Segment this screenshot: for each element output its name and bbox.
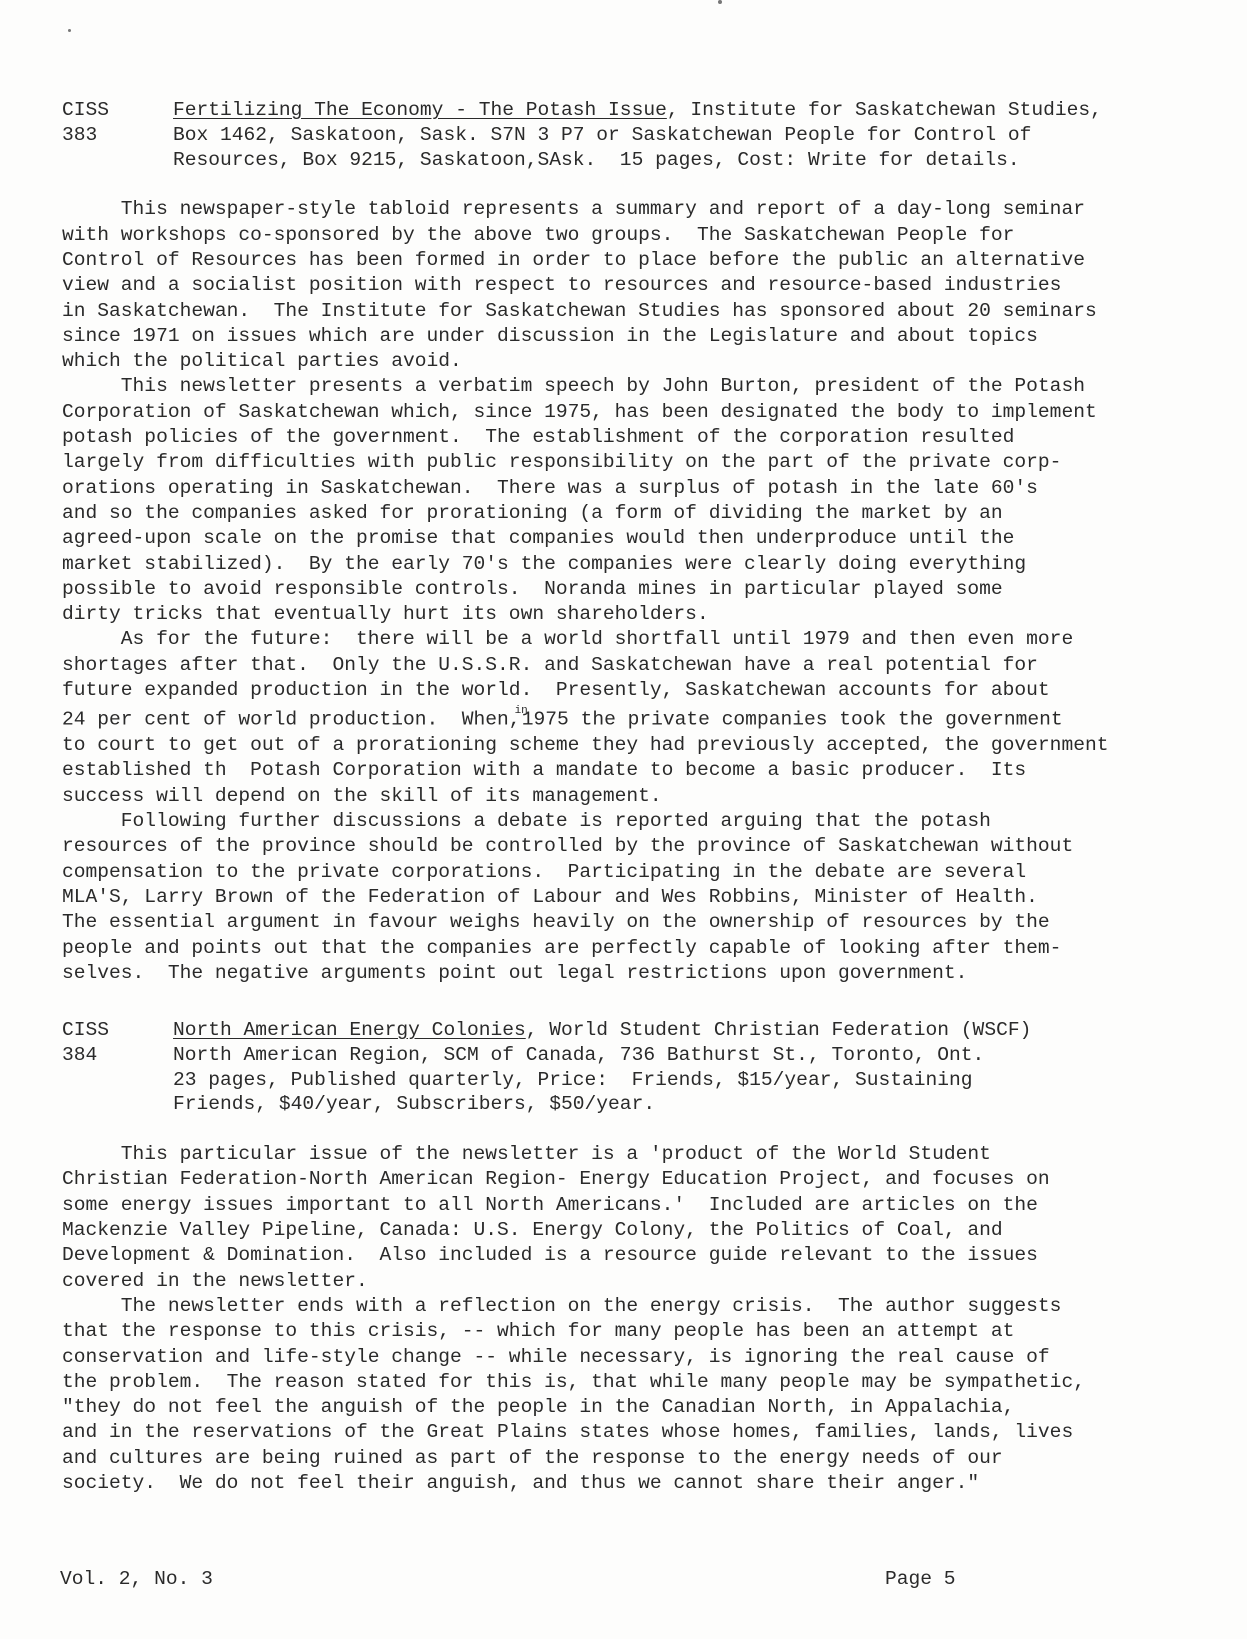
body-line: Christian Federation-North American Regi… xyxy=(62,1167,1182,1192)
body-line: selves. The negative arguments point out… xyxy=(62,961,1182,986)
ciss-label-block: CISS 383 xyxy=(62,98,162,148)
entry-ciss-384: CISS 384 North American Energy Colonies,… xyxy=(62,1018,1182,1496)
body-line: Following further discussions a debate i… xyxy=(62,809,1182,834)
body-line: the problem. The reason stated for this … xyxy=(62,1370,1182,1395)
citation-line-3: 23 pages, Published quarterly, Price: Fr… xyxy=(173,1068,1182,1093)
publisher: , World Student Christian Federation (WS… xyxy=(526,1019,1032,1041)
body-line: As for the future: there will be a world… xyxy=(62,627,1182,652)
body-line: 24 per cent of world production. When,in… xyxy=(62,703,1182,733)
body-line: Mackenzie Valley Pipeline, Canada: U.S. … xyxy=(62,1218,1182,1243)
body-line: success will depend on the skill of its … xyxy=(62,784,1182,809)
body-line: Corporation of Saskatchewan which, since… xyxy=(62,400,1182,425)
body-line: This newspaper-style tabloid represents … xyxy=(62,197,1182,222)
entry-header: CISS 384 North American Energy Colonies,… xyxy=(62,1018,1182,1117)
issue-number: Vol. 2, No. 3 xyxy=(60,1568,213,1590)
body-line: with workshops co-sponsored by the above… xyxy=(62,223,1182,248)
scan-speck xyxy=(68,29,71,32)
body-line: market stabilized). By the early 70's th… xyxy=(62,552,1182,577)
body-line: society. We do not feel their anguish, a… xyxy=(62,1471,1182,1496)
review-body: This newspaper-style tabloid represents … xyxy=(62,197,1182,986)
body-line: largely from difficulties with public re… xyxy=(62,450,1182,475)
entry-header: CISS 383 Fertilizing The Economy - The P… xyxy=(62,98,1182,172)
body-line: conservation and life-style change -- wh… xyxy=(62,1345,1182,1370)
citation-line-1: North American Energy Colonies, World St… xyxy=(173,1018,1182,1043)
body-line: MLA'S, Larry Brown of the Federation of … xyxy=(62,885,1182,910)
citation-line-4: Friends, $40/year, Subscribers, $50/year… xyxy=(173,1092,1182,1117)
handwritten-insertion: in xyxy=(515,705,528,717)
body-line: Control of Resources has been formed in … xyxy=(62,248,1182,273)
body-line: that the response to this crisis, -- whi… xyxy=(62,1319,1182,1344)
body-line: dirty tricks that eventually hurt its ow… xyxy=(62,602,1182,627)
ciss-number: 384 xyxy=(62,1043,162,1068)
ciss-number: 383 xyxy=(62,123,162,148)
body-line: in Saskatchewan. The Institute for Saska… xyxy=(62,299,1182,324)
body-line: since 1971 on issues which are under dis… xyxy=(62,324,1182,349)
body-line: Development & Domination. Also included … xyxy=(62,1243,1182,1268)
body-line: potash policies of the government. The e… xyxy=(62,425,1182,450)
body-line: The essential argument in favour weighs … xyxy=(62,910,1182,935)
body-line: to court to get out of a prorationing sc… xyxy=(62,733,1182,758)
body-line: shortages after that. Only the U.S.S.R. … xyxy=(62,653,1182,678)
citation-line-3: Resources, Box 9215, Saskatoon,SAsk. 15 … xyxy=(173,148,1182,173)
page-number: Page 5 xyxy=(885,1568,956,1590)
body-line: "they do not feel the anguish of the peo… xyxy=(62,1395,1182,1420)
body-line: view and a socialist position with respe… xyxy=(62,273,1182,298)
bibliographic-citation: Fertilizing The Economy - The Potash Iss… xyxy=(173,98,1182,172)
ciss-label: CISS xyxy=(62,98,162,123)
citation-line-1: Fertilizing The Economy - The Potash Iss… xyxy=(173,98,1182,123)
body-line: future expanded production in the world.… xyxy=(62,678,1182,703)
body-line: established th Potash Corporation with a… xyxy=(62,758,1182,783)
body-line: and cultures are being ruined as part of… xyxy=(62,1446,1182,1471)
body-line: orations operating in Saskatchewan. Ther… xyxy=(62,476,1182,501)
body-line-continuation: 1975 the private companies took the gove… xyxy=(522,709,1063,731)
body-line: some energy issues important to all Nort… xyxy=(62,1193,1182,1218)
body-line: which the political parties avoid. xyxy=(62,349,1182,374)
scan-speck xyxy=(718,0,722,4)
body-line: and in the reservations of the Great Pla… xyxy=(62,1420,1182,1445)
publication-title: North American Energy Colonies xyxy=(173,1019,526,1041)
review-body: This particular issue of the newsletter … xyxy=(62,1142,1182,1496)
citation-line-2: Box 1462, Saskatoon, Sask. S7N 3 P7 or S… xyxy=(173,123,1182,148)
publisher: , Institute for Saskatchewan Studies, xyxy=(667,99,1102,121)
entry-ciss-383: CISS 383 Fertilizing The Economy - The P… xyxy=(62,98,1182,986)
body-line: The newsletter ends with a reflection on… xyxy=(62,1294,1182,1319)
ciss-label: CISS xyxy=(62,1018,162,1043)
body-line: compensation to the private corporations… xyxy=(62,860,1182,885)
body-line: people and points out that the companies… xyxy=(62,936,1182,961)
body-line: agreed-upon scale on the promise that co… xyxy=(62,526,1182,551)
ciss-label-block: CISS 384 xyxy=(62,1018,162,1068)
body-line: This particular issue of the newsletter … xyxy=(62,1142,1182,1167)
body-line: possible to avoid responsible controls. … xyxy=(62,577,1182,602)
document-page: CISS 383 Fertilizing The Economy - The P… xyxy=(0,0,1247,1639)
publication-title: Fertilizing The Economy - The Potash Iss… xyxy=(173,99,667,121)
body-line: resources of the province should be cont… xyxy=(62,834,1182,859)
body-line: and so the companies asked for proration… xyxy=(62,501,1182,526)
body-line: This newsletter presents a verbatim spee… xyxy=(62,374,1182,399)
body-line: covered in the newsletter. xyxy=(62,1269,1182,1294)
bibliographic-citation: North American Energy Colonies, World St… xyxy=(173,1018,1182,1117)
citation-line-2: North American Region, SCM of Canada, 73… xyxy=(173,1043,1182,1068)
